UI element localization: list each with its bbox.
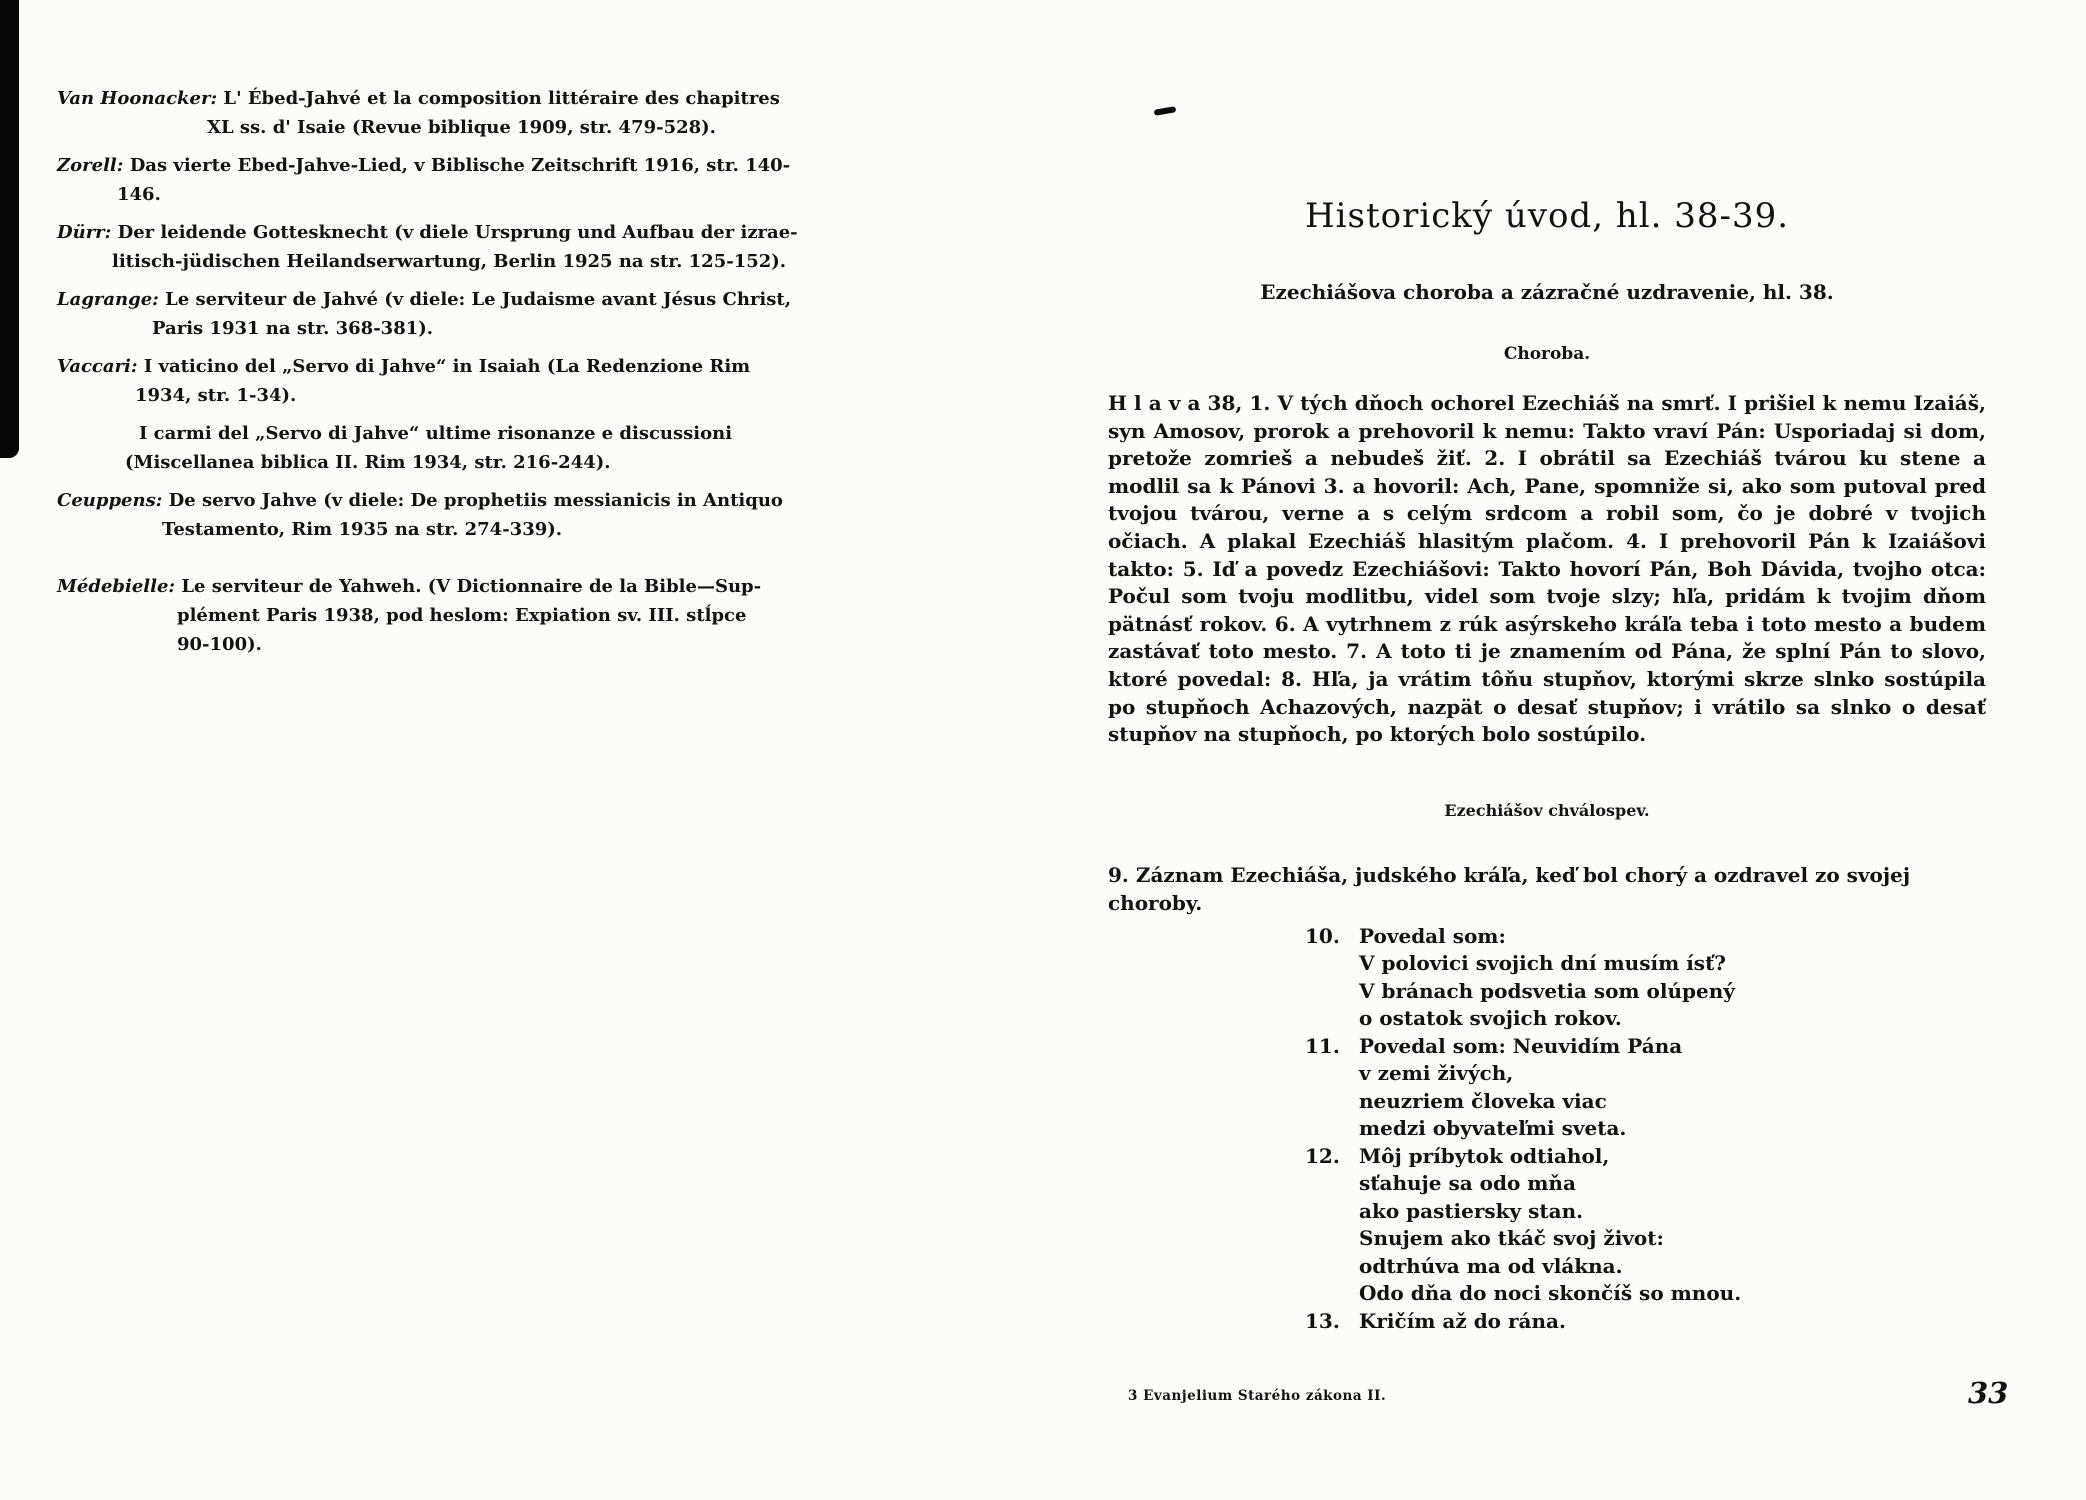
bibliography-line: I vaticino del „Servo di Jahve“ in Isaia…: [144, 356, 750, 377]
poem-line: 11.Povedal som: Neuvidím Pána: [1305, 1033, 1986, 1061]
poem-line: V polovici svojich dní musím ísť?: [1305, 950, 1986, 978]
bibliography-line: 90-100).: [177, 634, 262, 655]
poem-verse-text: odtrhúva ma od vlákna.: [1359, 1253, 1623, 1281]
bibliography-entry: Van Hoonacker: L' Ébed-Jahvé et la compo…: [57, 84, 819, 142]
poem-line: medzi obyvateľmi sveta.: [1305, 1115, 1986, 1143]
poem-verse-text: Môj príbytok odtiahol,: [1359, 1143, 1609, 1171]
footer-signature: 3 Evanjelium Starého zákona II.: [1128, 1388, 1386, 1404]
poem-line: v zemi živých,: [1305, 1060, 1986, 1088]
bibliography-entry: Dürr: Der leidende Gottesknecht (v diele…: [57, 218, 819, 276]
poem-verse-number: [1305, 1280, 1347, 1308]
poem-line: 12.Môj príbytok odtiahol,: [1305, 1143, 1986, 1171]
scan-edge-artifact: [0, 0, 19, 458]
poem-verse-text: Kričím až do rána.: [1359, 1308, 1566, 1336]
poem-verse-text: V bránach podsvetia som olúpený: [1359, 978, 1735, 1006]
section-heading-chvalospev: Ezechiášov chválospev.: [1108, 801, 1986, 821]
poem-line: V bránach podsvetia som olúpený: [1305, 978, 1986, 1006]
poem-verse-number: 11.: [1305, 1033, 1347, 1061]
bibliography-line: XL ss. d' Isaie (Revue biblique 1909, st…: [207, 117, 716, 138]
bibliography-author: Ceuppens:: [57, 490, 162, 511]
bibliography-entry: Vaccari: I vaticino del „Servo di Jahve“…: [57, 352, 819, 410]
poem-verse-text: V polovici svojich dní musím ísť?: [1359, 950, 1726, 978]
left-page: Van Hoonacker: L' Ébed-Jahvé et la compo…: [57, 84, 819, 668]
poem-verse-text: Povedal som: Neuvidím Pána: [1359, 1033, 1682, 1061]
chapter-subtitle: Ezechiášova choroba a zázračné uzdraveni…: [1108, 280, 1986, 304]
poem-verse-number: 10.: [1305, 923, 1347, 951]
poem-verse-number: [1305, 1088, 1347, 1116]
bibliography-entry: I carmi del „Servo di Jahve“ ultime riso…: [57, 419, 819, 477]
poem-line: Snujem ako tkáč svoj život:: [1305, 1225, 1986, 1253]
bibliography-line: Le serviteur de Yahweh. (V Dictionnaire …: [181, 576, 761, 597]
bibliography-line: 146.: [117, 184, 161, 205]
bibliography-author: Lagrange:: [57, 289, 159, 310]
poem-verse-text: o ostatok svojich rokov.: [1359, 1005, 1622, 1033]
poem-verse-number: [1305, 978, 1347, 1006]
section-heading-choroba: Choroba.: [1108, 344, 1986, 364]
book-spread-scan: Van Hoonacker: L' Ébed-Jahvé et la compo…: [0, 0, 2086, 1500]
bibliography-line: I carmi del „Servo di Jahve“ ultime riso…: [139, 423, 732, 444]
poem-verse-number: [1305, 1253, 1347, 1281]
body-paragraph: H l a v a 38, 1. V tých dňoch ochorel Ez…: [1108, 390, 1986, 749]
poem-verse-text: ako pastiersky stan.: [1359, 1198, 1583, 1226]
bibliography-line: litisch-jüdischen Heilandserwartung, Ber…: [112, 251, 786, 272]
bibliography-author: Médebielle:: [57, 576, 175, 597]
poem-verse-text: Snujem ako tkáč svoj život:: [1359, 1225, 1664, 1253]
bibliography-author: Vaccari:: [57, 356, 138, 377]
poem-verse-text: medzi obyvateľmi sveta.: [1359, 1115, 1626, 1143]
poem-verse-number: 13.: [1305, 1308, 1347, 1336]
poem-line: sťahuje sa odo mňa: [1305, 1170, 1986, 1198]
page-number: 33: [1968, 1376, 2008, 1410]
bibliography-line: L' Ébed-Jahvé et la composition littérai…: [223, 88, 779, 109]
poem-block: 10.Povedal som:V polovici svojich dní mu…: [1305, 923, 1986, 1336]
poem-verse-number: [1305, 1005, 1347, 1033]
right-page: Historický úvod, hl. 38-39. Ezechiášova …: [1108, 84, 1986, 1335]
poem-verse-text: neuzriem človeka viac: [1359, 1088, 1607, 1116]
bibliography-entry: Médebielle: Le serviteur de Yahweh. (V D…: [57, 572, 819, 659]
bibliography-line: Der leidende Gottesknecht (v diele Urspr…: [118, 222, 798, 243]
bibliography-line: Paris 1931 na str. 368-381).: [152, 318, 433, 339]
poem-verse-number: [1305, 1198, 1347, 1226]
poem-line: neuzriem človeka viac: [1305, 1088, 1986, 1116]
bibliography-line: plément Paris 1938, pod heslom: Expiatio…: [177, 605, 746, 626]
verse-9-paragraph: 9. Záznam Ezechiáša, judského kráľa, keď…: [1108, 861, 1986, 917]
bibliography-line: Le serviteur de Jahvé (v diele: Le Judai…: [165, 289, 791, 310]
poem-verse-text: sťahuje sa odo mňa: [1359, 1170, 1576, 1198]
poem-verse-number: [1305, 1225, 1347, 1253]
bibliography-entry: Ceuppens: De servo Jahve (v diele: De pr…: [57, 486, 819, 544]
poem-verse-number: [1305, 950, 1347, 978]
poem-line: ako pastiersky stan.: [1305, 1198, 1986, 1226]
poem-verse-text: v zemi živých,: [1359, 1060, 1513, 1088]
poem-line: 13.Kričím až do rána.: [1305, 1308, 1986, 1336]
poem-verse-text: Povedal som:: [1359, 923, 1506, 951]
bibliography-entry: Zorell: Das vierte Ebed-Jahve-Lied, v Bi…: [57, 151, 819, 209]
poem-verse-text: Odo dňa do noci skončíš so mnou.: [1359, 1280, 1741, 1308]
bibliography-list: Van Hoonacker: L' Ébed-Jahvé et la compo…: [57, 84, 819, 659]
poem-verse-number: [1305, 1115, 1347, 1143]
poem-verse-number: [1305, 1170, 1347, 1198]
poem-verse-number: 12.: [1305, 1143, 1347, 1171]
bibliography-line: Das vierte Ebed-Jahve-Lied, v Biblische …: [130, 155, 790, 176]
bibliography-line: De servo Jahve (v diele: De prophetiis m…: [169, 490, 783, 511]
bibliography-author: Van Hoonacker:: [57, 88, 217, 109]
poem-verse-number: [1305, 1060, 1347, 1088]
poem-line: Odo dňa do noci skončíš so mnou.: [1305, 1280, 1986, 1308]
poem-line: o ostatok svojich rokov.: [1305, 1005, 1986, 1033]
poem-line: odtrhúva ma od vlákna.: [1305, 1253, 1986, 1281]
page-title: Historický úvod, hl. 38-39.: [1108, 196, 1986, 236]
poem-line: 10.Povedal som:: [1305, 923, 1986, 951]
bibliography-line: Testamento, Rim 1935 na str. 274-339).: [162, 519, 562, 540]
bibliography-author: Zorell:: [57, 155, 123, 176]
bibliography-line: (Miscellanea biblica II. Rim 1934, str. …: [125, 452, 611, 473]
bibliography-entry: Lagrange: Le serviteur de Jahvé (v diele…: [57, 285, 819, 343]
bibliography-author: Dürr:: [57, 222, 111, 243]
bibliography-line: 1934, str. 1-34).: [135, 385, 296, 406]
